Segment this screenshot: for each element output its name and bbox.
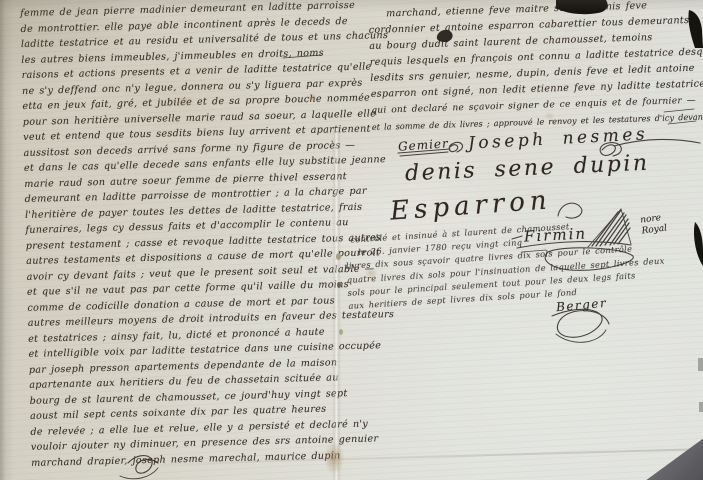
paper-damage-chip bbox=[339, 329, 343, 335]
right-page: marchand, etienne feve maitre sellier, d… bbox=[368, 0, 702, 135]
paper-damage-chip bbox=[336, 253, 341, 260]
paper-stain bbox=[364, 268, 378, 278]
notary-title: nore Royal bbox=[640, 213, 668, 238]
paper-stain bbox=[176, 96, 194, 107]
manuscript-photo: femme de jean pierre madinier demeurant … bbox=[0, 0, 703, 480]
torn-edge-nick bbox=[698, 358, 703, 371]
paper-stain bbox=[544, 112, 555, 120]
paper-damage-chip bbox=[337, 282, 341, 288]
left-page: femme de jean pierre madinier demeurant … bbox=[20, 0, 365, 471]
torn-edge-nick bbox=[699, 402, 703, 412]
paper-stain bbox=[306, 93, 318, 102]
